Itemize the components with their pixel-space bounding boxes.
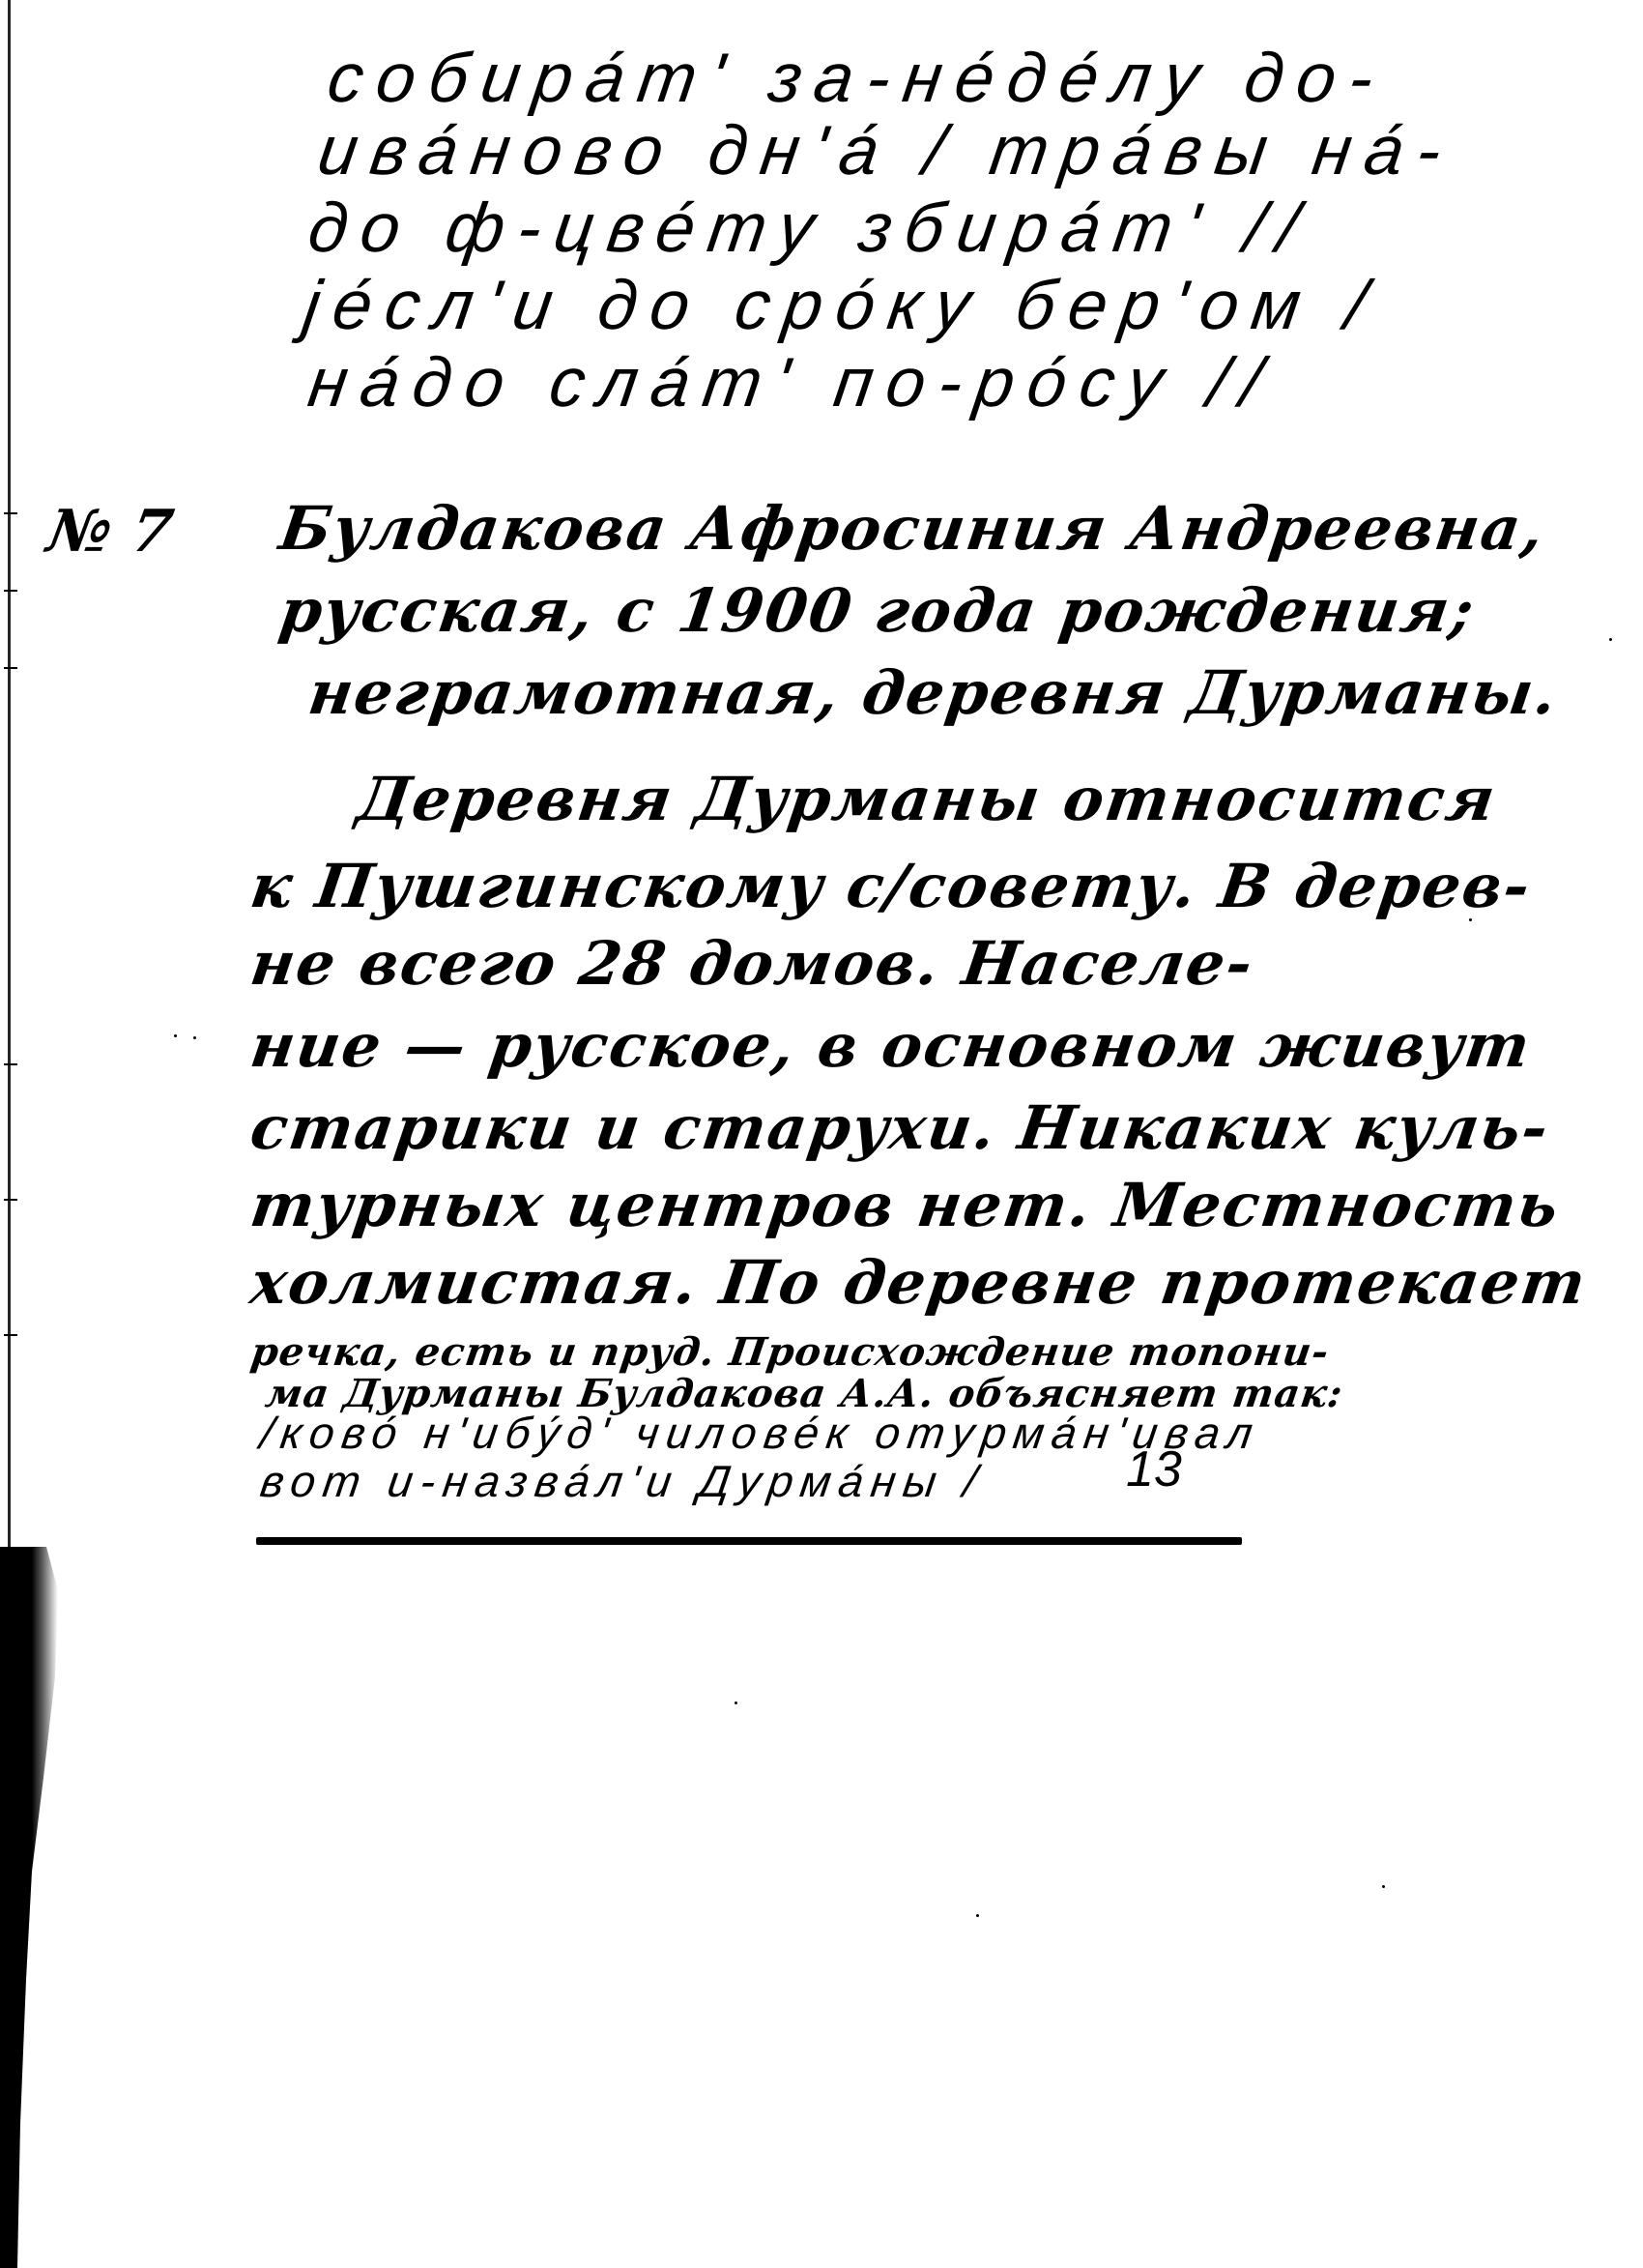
paragraph-line: старики и старухи. Никаких куль- [246, 1092, 1554, 1163]
dialect-line: до ф-цве́ту збира́т' // [303, 189, 1316, 268]
end-rule [256, 1537, 1242, 1545]
margin-tick [4, 1334, 17, 1336]
scan-speck [174, 1034, 177, 1037]
scan-speck [1382, 1885, 1385, 1888]
binding-shadow [0, 1547, 58, 2268]
paragraph-line: речка, есть и пруд. Происхождение топони… [248, 1329, 1333, 1375]
dialect-line: је́сл'и до сро́ку бер'ом / [299, 266, 1385, 345]
scan-speck [1609, 638, 1612, 641]
scan-speck [1469, 918, 1472, 921]
dialect-line: ива́ново дн'а́ / тра́вы на́- [313, 111, 1459, 190]
page-number: 13 [1126, 1440, 1182, 1498]
header-line: неграмотная, деревня Дурманы. [304, 657, 1563, 728]
header-line: русская, с 1900 года рождения; [275, 575, 1480, 646]
paragraph-line: к Пушгинскому с/совету. В дерев- [246, 851, 1536, 921]
paragraph-line: холмистая. По деревне протекает [246, 1247, 1592, 1318]
paragraph-line: Деревня Дурманы относится [353, 764, 1501, 834]
left-margin-line [8, 0, 11, 1547]
quote-line: вот и-назва́л'и Дурма́ны / [257, 1455, 988, 1507]
header-line: Булдакова Афросиния Андреевна, [275, 493, 1550, 564]
margin-tick [4, 512, 17, 514]
paragraph-line: не всего 28 домов. Населе- [246, 928, 1258, 999]
paragraph-line: ние — русское, в основном живут [246, 1010, 1536, 1081]
margin-tick [4, 667, 17, 669]
margin-tick [4, 590, 17, 592]
scan-speck [193, 1036, 196, 1039]
scan-speck [976, 1914, 979, 1917]
dialect-line: на́до сла́т' по-ро́су // [303, 343, 1280, 422]
margin-tick [4, 1063, 17, 1065]
dialect-line: собира́т' за-не́де́лу до- [323, 39, 1392, 118]
paragraph-line: турных центров нет. Местность [246, 1170, 1565, 1240]
scan-speck [735, 1701, 737, 1704]
entry-number: № 7 [43, 498, 178, 566]
quote-line: /ково́ н'ибу́д' чилове́к отурма́н'ивал [257, 1407, 1263, 1459]
margin-tick [4, 1199, 17, 1201]
